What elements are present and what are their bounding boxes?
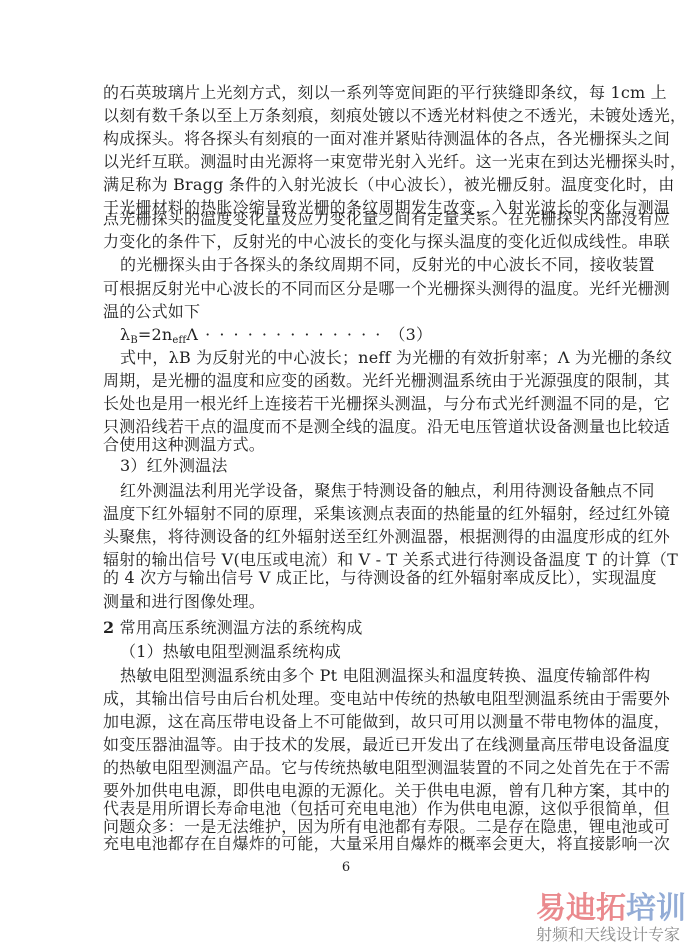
document-page: 的石英玻璃片上光刻方式，刻以一系列等宽间距的平行狭缝即条纹，每 1cm 上 以刻… bbox=[0, 0, 690, 948]
text-line: 周期，是光栅的温度和应变的函数。光纤光栅测温系统由于光源强度的限制，其 bbox=[103, 369, 573, 392]
text-line: 可根据反射光中心波长的不同而区分是哪一个光栅探头测得的温度。光纤光栅测 bbox=[103, 277, 573, 300]
text-line: 构成探头。将各探头有刻痕的一面对准并紧贴待测温体的各点，各光栅探头之间 bbox=[103, 127, 573, 150]
text-line: 点光栅探头的温度变化量及应力变化量之间有定量关系。在光栅探头内部没有应 bbox=[103, 207, 573, 230]
text-line: 温的公式如下 bbox=[103, 300, 573, 323]
section-number: 2 bbox=[103, 618, 114, 637]
formula-n-sub: eff bbox=[172, 335, 186, 346]
formula-lambda-sub: B bbox=[130, 335, 138, 346]
text-line: 力变化的条件下，反射光的中心波长的变化与探头温度的变化近似成线性。串联 bbox=[103, 230, 573, 253]
formula-eq: =2n bbox=[138, 325, 173, 344]
formula-grating-period: Λ bbox=[186, 325, 198, 344]
watermark-tagline: 射频和天线设计专家 bbox=[536, 925, 688, 945]
text-line: 以刻有数千条以至上万条刻痕，刻痕处镀以不透光材料使之不透光，未镀处透光， bbox=[103, 104, 573, 127]
text-line: 满足称为 Bragg 条件的入射光波长（中心波长），被光栅反射。温度变化时，由 bbox=[103, 173, 573, 196]
text-line: 的热敏电阻型测温产品。它与传统热敏电阻型测温装置的不同之处首先在于不需 bbox=[103, 756, 573, 779]
section-title: 常用高压系统测温方法的系统构成 bbox=[114, 618, 362, 637]
text-line: 以光纤互联。测温时由光源将一束宽带光射入光纤。这一光束在到达光栅探头时， bbox=[103, 150, 573, 173]
text-line: 长处也是用一根光纤上连接若干光栅探头测温，与分布式光纤测温不同的是，它 bbox=[103, 392, 573, 415]
text-line: 加电源，这在高压带电设备上不可能做到，故只可用以测量不带电物体的温度， bbox=[103, 710, 573, 733]
text-line: 充电电池都存在自爆炸的可能，大量采用自爆炸的概率会更大，将直接影响一次 bbox=[103, 832, 573, 855]
text-line: 红外测温法利用光学设备，聚焦于特测设备的触点，利用待测设备触点不同 bbox=[120, 479, 573, 502]
text-line: 的光栅探头由于各探头的条纹周期不同，反射光的中心波长不同，接收装置 bbox=[120, 253, 573, 276]
text-line: 头聚焦，将待测设备的红外辐射送至红外测温器，根据测得的由温度形成的红外 bbox=[103, 525, 573, 548]
text-line: 温度下红外辐射不同的原理，采集该测点表面的热能量的红外辐射，经过红外镜 bbox=[103, 502, 573, 525]
page-number: 6 bbox=[340, 860, 352, 875]
text-line: 热敏电阻型测温系统由多个 Pt 电阻测温探头和温度转换、温度传输部件构 bbox=[120, 664, 573, 687]
subheading-thermistor: （1）热敏电阻型测温系统构成 bbox=[120, 640, 573, 663]
text-line: 式中，λB 为反射光的中心波长；neff 为光栅的有效折射率；Λ 为光栅的条纹 bbox=[120, 346, 573, 369]
watermark-brand-red: 易迪拓 bbox=[536, 891, 626, 926]
watermark-logo: 易迪拓培训 射频和天线设计专家 bbox=[536, 893, 688, 947]
formula: λB=2neffΛ · · · · · · · · · · · · · （3） bbox=[120, 323, 432, 346]
text-line: 测量和进行图像处理。 bbox=[103, 590, 573, 613]
text-line: 成，其输出信号由后台机处理。变电站中传统的热敏电阻型测温系统由于需要外 bbox=[103, 687, 573, 710]
watermark-brand-blue: 培训 bbox=[626, 891, 686, 926]
subheading-infrared: 3）红外测温法 bbox=[120, 454, 573, 477]
section-heading: 2 常用高压系统测温方法的系统构成 bbox=[103, 616, 573, 639]
text-line: 的石英玻璃片上光刻方式，刻以一系列等宽间距的平行狭缝即条纹，每 1cm 上 bbox=[103, 81, 573, 104]
text-line: 如变压器油温等。由于技术的发展，最近已开发出了在线测量高压带电设备温度 bbox=[103, 733, 573, 756]
formula-dots: · · · · · · · · · · · · · bbox=[198, 325, 389, 344]
text-line: 合使用这种测温方式。 bbox=[103, 433, 573, 456]
formula-number: （3） bbox=[389, 325, 432, 344]
watermark-brand: 易迪拓培训 bbox=[536, 893, 688, 925]
text-line: 的 4 次方与输出信号 V 成正比，与待测设备的红外辐射率成反比），实现温度 bbox=[103, 566, 573, 589]
formula-lambda: λ bbox=[120, 325, 130, 344]
